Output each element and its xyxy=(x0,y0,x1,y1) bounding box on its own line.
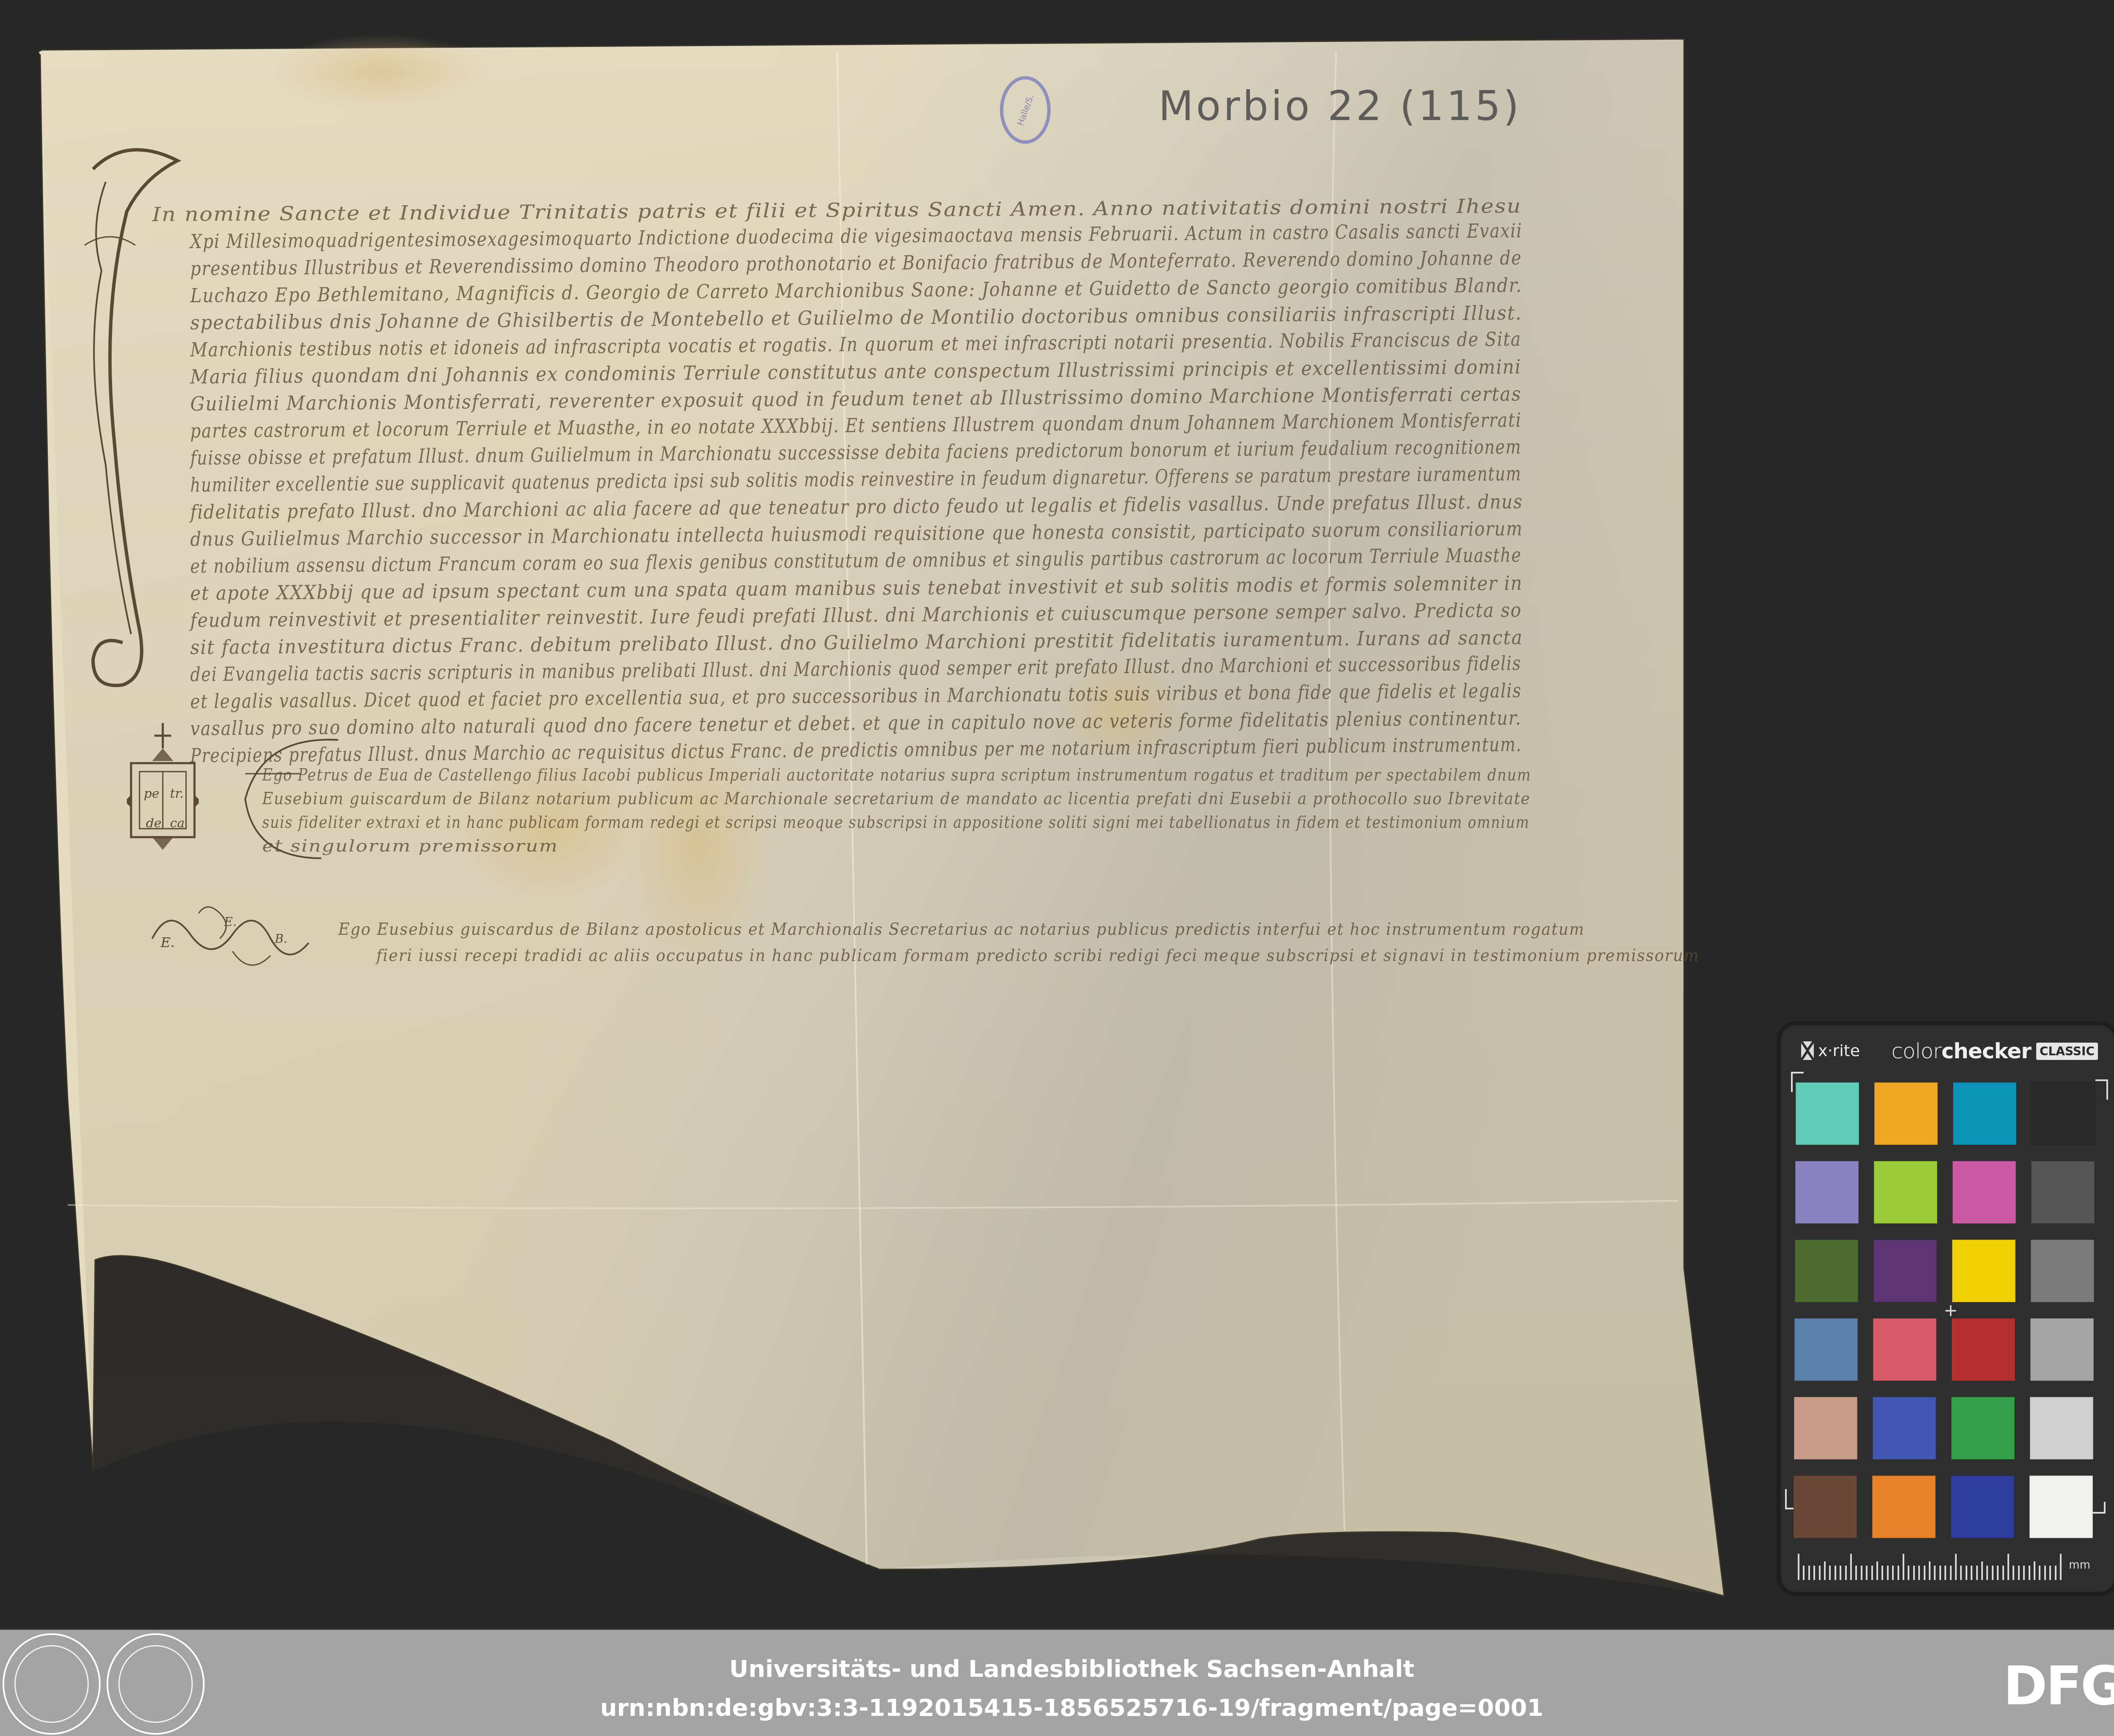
registration-corner xyxy=(2093,1502,2106,1514)
color-swatch xyxy=(2030,1397,2093,1459)
notary-subscription-line: suis fideliter extraxi et in hanc public… xyxy=(262,813,1530,832)
secretary-subscription-line: fieri iussi recepi tradidi ac aliis occu… xyxy=(376,946,1699,965)
svg-text:B.: B. xyxy=(274,932,287,946)
color-swatch xyxy=(1795,1161,1859,1224)
ruler-tick xyxy=(1824,1561,1826,1580)
ruler-tick xyxy=(1913,1566,1915,1580)
ruler-tick xyxy=(1892,1566,1894,1580)
ruler-tick xyxy=(1966,1566,1967,1580)
color-swatch xyxy=(1795,1240,1858,1302)
color-swatch xyxy=(1951,1397,2015,1459)
ruler-tick xyxy=(2002,1566,2004,1580)
signet-text-pe: pe xyxy=(144,786,159,801)
ruler-tick xyxy=(1813,1566,1815,1580)
color-swatch xyxy=(2031,1161,2095,1224)
mm-ruler xyxy=(1798,1550,2068,1580)
notary-subscription-line: Ego Petrus de Eua de Castellengo filius … xyxy=(262,765,1531,785)
ruler-tick xyxy=(1835,1566,1836,1580)
archive-shelfmark-annotation: Morbio 22 (115) xyxy=(1158,82,1522,130)
ruler-tick xyxy=(2029,1566,2030,1580)
color-swatch xyxy=(1873,1240,1937,1302)
signet-text-de: de xyxy=(146,816,162,831)
ruler-tick xyxy=(1819,1566,1821,1580)
color-swatch xyxy=(1796,1082,1859,1145)
notary-signet-icon xyxy=(127,723,199,867)
ruler-tick xyxy=(1960,1566,1962,1580)
color-swatch xyxy=(2029,1476,2093,1538)
ruler-tick xyxy=(1918,1566,1920,1580)
ruler-tick xyxy=(1908,1566,1909,1580)
ruler-tick xyxy=(2013,1566,2014,1580)
color-swatch xyxy=(1794,1318,1858,1381)
ruler-tick xyxy=(1876,1561,1878,1580)
institution-name: Universitäts- und Landesbibliothek Sachs… xyxy=(0,1655,2114,1683)
color-swatch xyxy=(1874,1082,1938,1145)
color-swatch xyxy=(1951,1476,2014,1538)
color-swatch xyxy=(1873,1397,1936,1459)
ruler-tick xyxy=(1855,1566,1857,1580)
svg-text:E.: E. xyxy=(160,934,175,950)
ruler-tick xyxy=(2044,1566,2046,1580)
dfg-logo-icon: DFG xyxy=(2003,1659,2114,1713)
ruler-tick xyxy=(1850,1554,1852,1580)
ruler-tick xyxy=(1898,1566,1899,1580)
colorchecker-title: color checker CLASSIC xyxy=(1892,1039,2098,1063)
ruler-unit-label: mm xyxy=(2069,1559,2090,1572)
ruler-tick xyxy=(1924,1566,1925,1580)
ruler-tick xyxy=(1981,1561,1983,1580)
color-swatch xyxy=(1952,1161,2016,1224)
ruler-tick xyxy=(1955,1554,1957,1580)
scan-background: Halle/S. Morbio 22 (115) In nomine Sanct… xyxy=(0,0,2114,1629)
ruler-tick xyxy=(1808,1566,1810,1580)
footer-bar: Universitäts- und Landesbibliothek Sachs… xyxy=(0,1629,2114,1736)
color-swatch xyxy=(1794,1397,1857,1459)
ruler-tick xyxy=(1971,1566,1972,1580)
ruler-tick xyxy=(1829,1566,1831,1580)
signet-text-tr: tr. xyxy=(170,786,184,801)
ruler-tick xyxy=(2023,1566,2025,1580)
color-swatch xyxy=(1952,1240,2015,1302)
ruler-tick xyxy=(1992,1566,1994,1580)
registration-corner xyxy=(2095,1079,2108,1100)
ruler-tick xyxy=(1944,1566,1946,1580)
color-swatch xyxy=(2030,1318,2094,1381)
ruler-tick xyxy=(1845,1566,1847,1580)
ruler-tick xyxy=(1929,1561,1931,1580)
ruler-tick xyxy=(2039,1566,2040,1580)
decorated-initial-i xyxy=(76,144,186,693)
color-swatch xyxy=(2032,1082,2095,1145)
ruler-tick xyxy=(1934,1566,1936,1580)
ruler-tick xyxy=(2055,1566,2056,1580)
notary-subscription-line: Eusebium guiscardum de Bilanz notarium p… xyxy=(262,789,1531,808)
signet-text-ca: ca xyxy=(170,816,185,831)
crosshair-icon: + xyxy=(1944,1302,1958,1319)
ruler-tick xyxy=(1881,1566,1883,1580)
color-swatch xyxy=(1874,1161,1937,1224)
color-calibration-chart: x·rite color checker CLASSIC + mm xyxy=(1781,1025,2114,1592)
svg-text:E.: E. xyxy=(224,915,236,929)
ruler-tick xyxy=(2049,1566,2051,1580)
ruler-tick xyxy=(1939,1566,1941,1580)
color-swatch xyxy=(1872,1476,1936,1538)
ruler-tick xyxy=(1887,1566,1889,1580)
ruler-tick xyxy=(1950,1566,1952,1580)
library-ownership-stamp: Halle/S. xyxy=(1000,76,1051,144)
ruler-tick xyxy=(1803,1566,1805,1580)
color-swatch xyxy=(2031,1240,2094,1302)
ruler-tick xyxy=(1986,1566,1988,1580)
ruler-tick xyxy=(2034,1561,2035,1580)
decorated-initial-e xyxy=(237,731,347,867)
ruler-tick xyxy=(1903,1554,1904,1580)
ruler-tick xyxy=(1976,1566,1978,1580)
secretary-subscription-line: Ego Eusebius guiscardus de Bilanz aposto… xyxy=(338,920,1585,939)
color-swatch xyxy=(1952,1318,2015,1381)
ruler-tick xyxy=(2018,1566,2020,1580)
xrite-brand: x·rite xyxy=(1800,1041,1860,1060)
color-swatch xyxy=(1953,1082,2016,1145)
ruler-tick xyxy=(1798,1554,1799,1580)
color-swatch xyxy=(1873,1318,1936,1381)
ruler-tick xyxy=(1840,1566,1841,1580)
ruler-tick xyxy=(2060,1554,2062,1580)
xrite-logo-icon xyxy=(1800,1041,1815,1060)
ruler-tick xyxy=(1861,1566,1862,1580)
secretary-notarial-mark-icon: E. E. B. xyxy=(135,896,338,981)
ruler-tick xyxy=(2007,1554,2009,1580)
ruler-tick xyxy=(1866,1566,1868,1580)
color-swatch xyxy=(1794,1476,1857,1538)
ruler-tick xyxy=(1997,1566,1999,1580)
urn-identifier[interactable]: urn:nbn:de:gbv:3:3-1192015415-1856525716… xyxy=(0,1694,2114,1722)
ruler-tick xyxy=(1871,1566,1873,1580)
